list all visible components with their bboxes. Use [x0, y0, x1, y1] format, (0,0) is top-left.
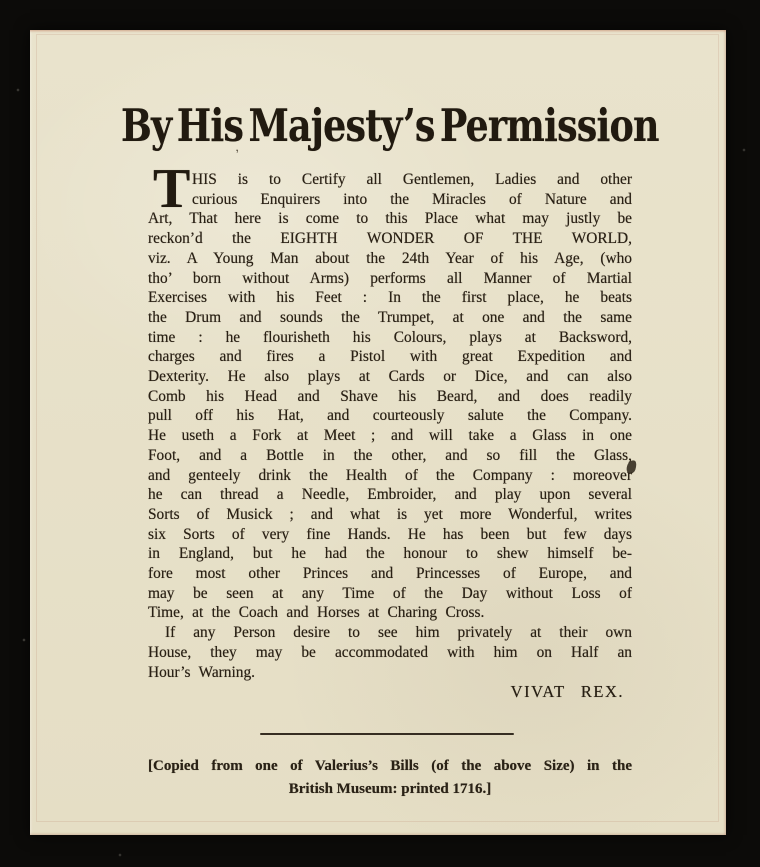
body-line: time : he flourisheth his Colours, plays…	[148, 328, 632, 348]
body-line: in England, but he had the honour to she…	[148, 544, 632, 564]
body-line: six Sorts of very fine Hands. He has bee…	[148, 525, 632, 545]
body-line: fore most other Princes and Princesses o…	[148, 564, 632, 584]
text-column: By His Majesty’s Permission T HIS is to …	[148, 30, 632, 801]
body-line: charges and fires a Pistol with great Ex…	[148, 347, 632, 367]
body-line: Hour’s Warning.	[148, 663, 632, 683]
body-line: may be seen at any Time of the Day witho…	[148, 584, 632, 604]
photo-background: { "colors": { "background": "#0c0b09", "…	[0, 0, 760, 867]
body-line: Comb his Head and Shave his Beard, and d…	[148, 387, 632, 407]
body-line: Foot, and a Bottle in the other, and so …	[148, 446, 632, 466]
body-line: He useth a Fork at Meet ; and will take …	[148, 426, 632, 446]
closing-salute: VIVAT REX.	[148, 682, 632, 702]
document-title: By His Majesty’s Permission	[121, 100, 659, 152]
body-line: tho’ born without Arms) performs all Man…	[148, 269, 632, 289]
drop-cap: T	[148, 167, 192, 205]
divider-rule	[260, 733, 514, 735]
footnote: [Copied from one of Valerius’s Bills (of…	[148, 755, 632, 801]
body-line: curious Enquirers into the Miracles of N…	[148, 190, 632, 210]
body-line: Time, at the Coach and Horses at Charing…	[148, 603, 632, 623]
body-line: Exercises with his Feet : In the first p…	[148, 288, 632, 308]
title-row: By His Majesty’s Permission	[148, 100, 632, 152]
body-lines: HIS is to Certify all Gentlemen, Ladies …	[148, 170, 632, 682]
body-line: Sorts of Musick ; and what is yet more W…	[148, 505, 632, 525]
footnote-line: [Copied from one of Valerius’s Bills (of…	[148, 755, 632, 778]
body-line: the Drum and sounds the Trumpet, at one …	[148, 308, 632, 328]
body-line: Art, That here is come to this Place wha…	[148, 209, 632, 229]
body-line: and genteely drink the Health of the Com…	[148, 466, 632, 486]
body-line: If any Person desire to see him privatel…	[148, 623, 632, 643]
body-text: T HIS is to Certify all Gentlemen, Ladie…	[148, 170, 632, 702]
body-line: House, they may be accommodated with him…	[148, 643, 632, 663]
body-line: he can thread a Needle, Embroider, and p…	[148, 485, 632, 505]
broadside-paper: ’ By His Majesty’s Permission T HIS is t…	[30, 30, 726, 835]
footnote-line: British Museum: printed 1716.]	[148, 778, 632, 801]
body-line: HIS is to Certify all Gentlemen, Ladies …	[148, 170, 632, 190]
body-line: viz. A Young Man about the 24th Year of …	[148, 249, 632, 269]
body-line: reckon’d the EIGHTH WONDER OF THE WORLD,	[148, 229, 632, 249]
body-line: Dexterity. He also plays at Cards or Dic…	[148, 367, 632, 387]
body-line: pull off his Hat, and courteously salute…	[148, 406, 632, 426]
